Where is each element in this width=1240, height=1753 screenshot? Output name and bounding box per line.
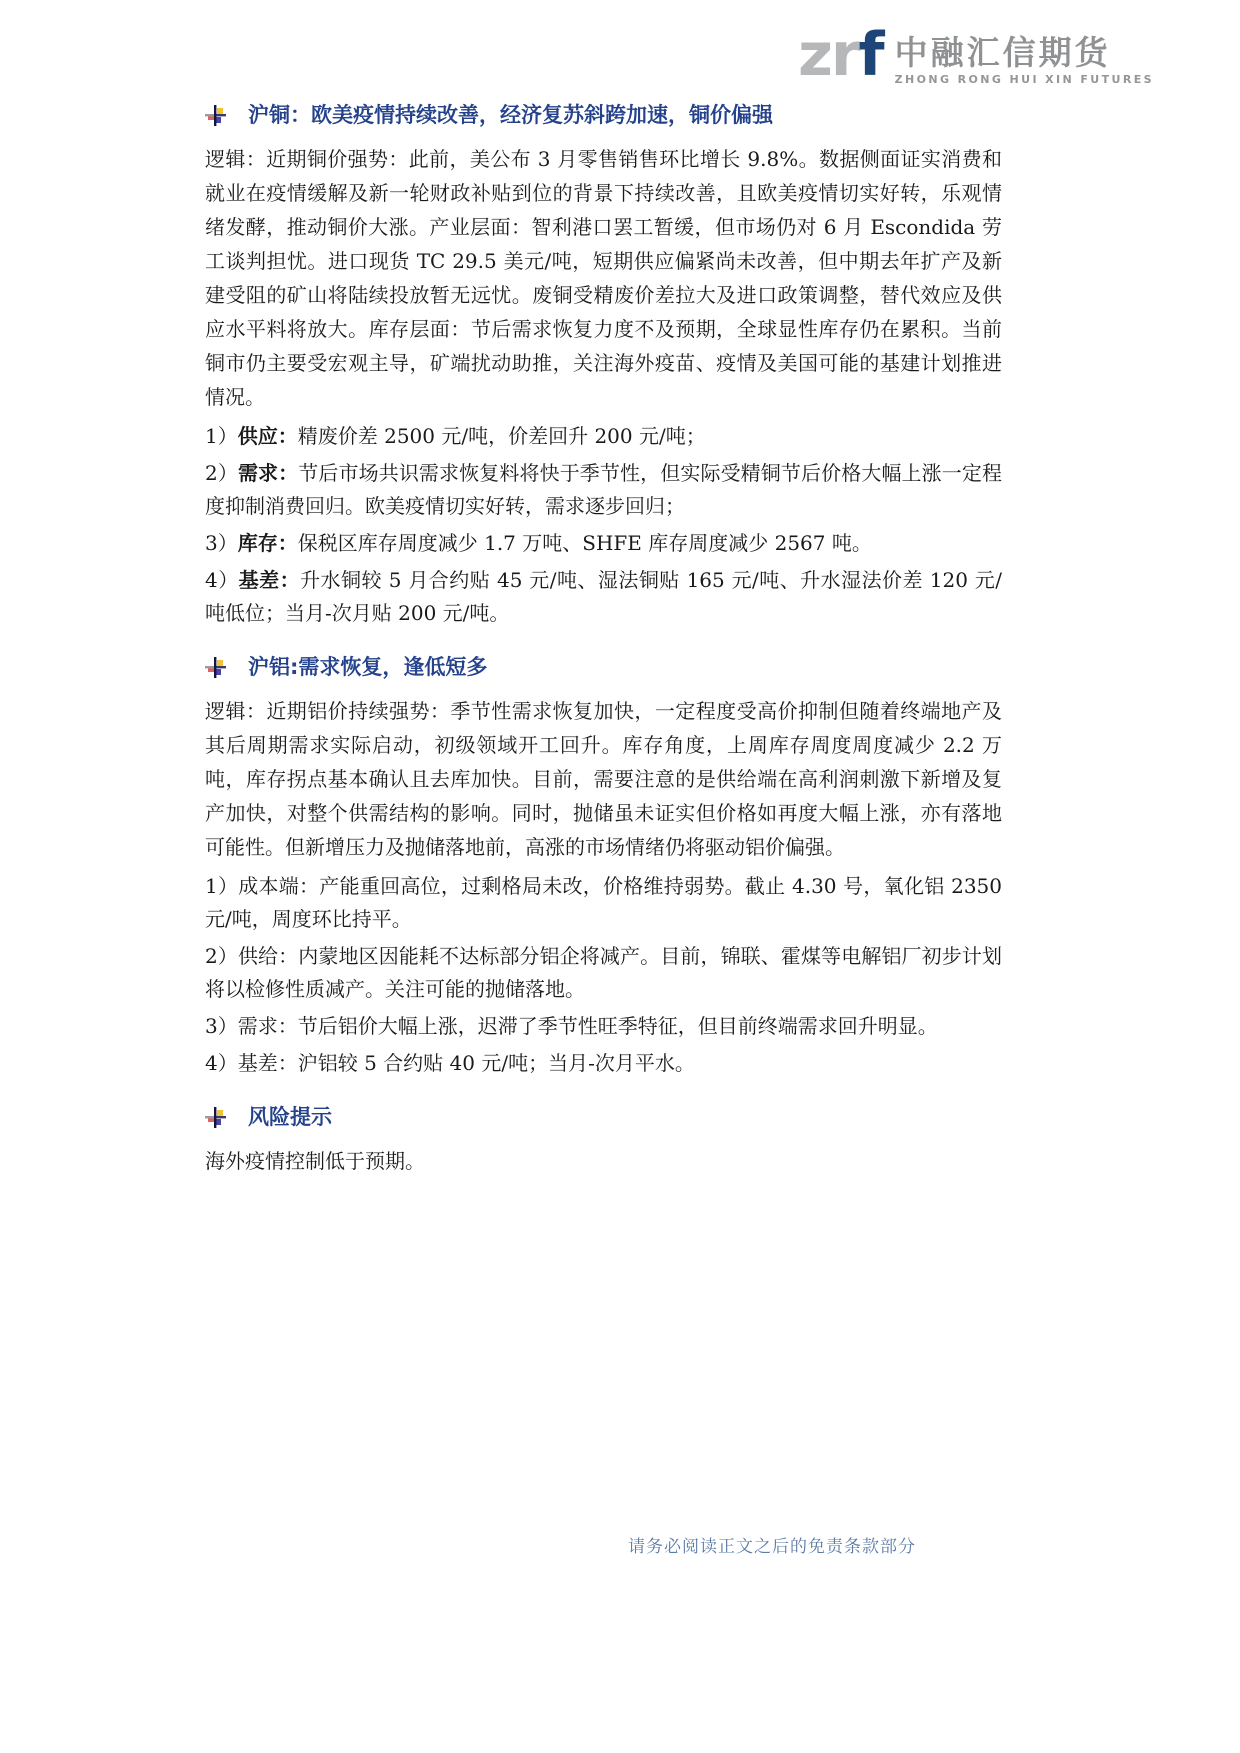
section-title-aluminum-text: 沪铝:需求恢复，逢低短多: [248, 652, 487, 682]
section-title-copper: 沪铜：欧美疫情持续改善，经济复苏斜跨加速，铜价偏强: [205, 100, 1002, 130]
item-text: 精废价差 2500 元/吨，价差回升 200 元/吨；: [298, 424, 706, 448]
logo-zr-text: zr: [798, 20, 859, 90]
item-text: 升水铜较 5 月合约贴 45 元/吨、湿法铜贴 165 元/吨、升水湿法价差 1…: [205, 568, 1002, 625]
copper-item-supply: 1）供应：精废价差 2500 元/吨，价差回升 200 元/吨；: [205, 420, 1002, 453]
logo-zrf-mark: zrf: [798, 22, 883, 88]
logo-company-name-en: ZHONG RONG HUI XIN FUTURES: [895, 73, 1154, 86]
section-title-risk: 风险提示: [205, 1102, 1002, 1132]
item-number: 3）: [205, 531, 238, 555]
section-title-risk-text: 风险提示: [248, 1102, 332, 1132]
copper-item-demand: 2）需求：节后市场共识需求恢复料将快于季节性，但实际受精铜节后价格大幅上涨一定程…: [205, 457, 1002, 523]
footer-disclaimer: 请务必阅读正文之后的免责条款部分: [628, 1532, 916, 1557]
company-logo: zrf 中融汇信期货 ZHONG RONG HUI XIN FUTURES: [798, 22, 1154, 88]
item-number: 2）: [205, 461, 238, 485]
report-body: 沪铜：欧美疫情持续改善，经济复苏斜跨加速，铜价偏强 逻辑：近期铜价强势：此前，美…: [205, 100, 1002, 1184]
section-title-aluminum: 沪铝:需求恢复，逢低短多: [205, 652, 1002, 682]
aluminum-logic-paragraph: 逻辑：近期铝价持续强势：季节性需求恢复加快，一定程度受高价抑制但随着终端地产及其…: [205, 694, 1002, 864]
flag-bullet-icon: [205, 656, 226, 679]
item-label: 基差：: [239, 568, 300, 592]
logo-wordmark: 中融汇信期货 ZHONG RONG HUI XIN FUTURES: [895, 35, 1154, 88]
report-page: zrf 中融汇信期货 ZHONG RONG HUI XIN FUTURES 沪铜…: [0, 0, 1240, 1753]
item-text: 节后市场共识需求恢复料将快于季节性，但实际受精铜节后价格大幅上涨一定程度抑制消费…: [205, 461, 1002, 518]
logo-f-text: f: [859, 20, 883, 90]
copper-item-basis: 4）基差：升水铜较 5 月合约贴 45 元/吨、湿法铜贴 165 元/吨、升水湿…: [205, 564, 1002, 630]
item-text: 保税区库存周度减少 1.7 万吨、SHFE 库存周度减少 2567 吨。: [298, 531, 872, 555]
copper-item-inventory: 3）库存：保税区库存周度减少 1.7 万吨、SHFE 库存周度减少 2567 吨…: [205, 527, 1002, 560]
section-title-copper-text: 沪铜：欧美疫情持续改善，经济复苏斜跨加速，铜价偏强: [248, 100, 773, 130]
item-label: 库存：: [238, 531, 298, 555]
item-label: 需求：: [238, 461, 298, 485]
flag-bullet-icon: [205, 104, 226, 127]
item-number: 4）: [205, 568, 239, 592]
item-number: 1）: [205, 424, 238, 448]
item-label: 供应：: [238, 424, 298, 448]
aluminum-item-basis: 4）基差：沪铝较 5 合约贴 40 元/吨；当月-次月平水。: [205, 1047, 1002, 1080]
aluminum-item-cost: 1）成本端：产能重回高位，过剩格局未改，价格维持弱势。截止 4.30 号，氧化铝…: [205, 870, 1002, 936]
aluminum-item-demand: 3）需求：节后铝价大幅上涨，迟滞了季节性旺季特征，但目前终端需求回升明显。: [205, 1010, 1002, 1043]
risk-paragraph: 海外疫情控制低于预期。: [205, 1144, 1002, 1178]
copper-logic-paragraph: 逻辑：近期铜价强势：此前，美公布 3 月零售销售环比增长 9.8%。数据侧面证实…: [205, 142, 1002, 414]
logo-company-name-cn: 中融汇信期货: [895, 35, 1154, 71]
aluminum-item-supply: 2）供给：内蒙地区因能耗不达标部分铝企将减产。目前，锦联、霍煤等电解铝厂初步计划…: [205, 940, 1002, 1006]
flag-bullet-icon: [205, 1106, 226, 1129]
